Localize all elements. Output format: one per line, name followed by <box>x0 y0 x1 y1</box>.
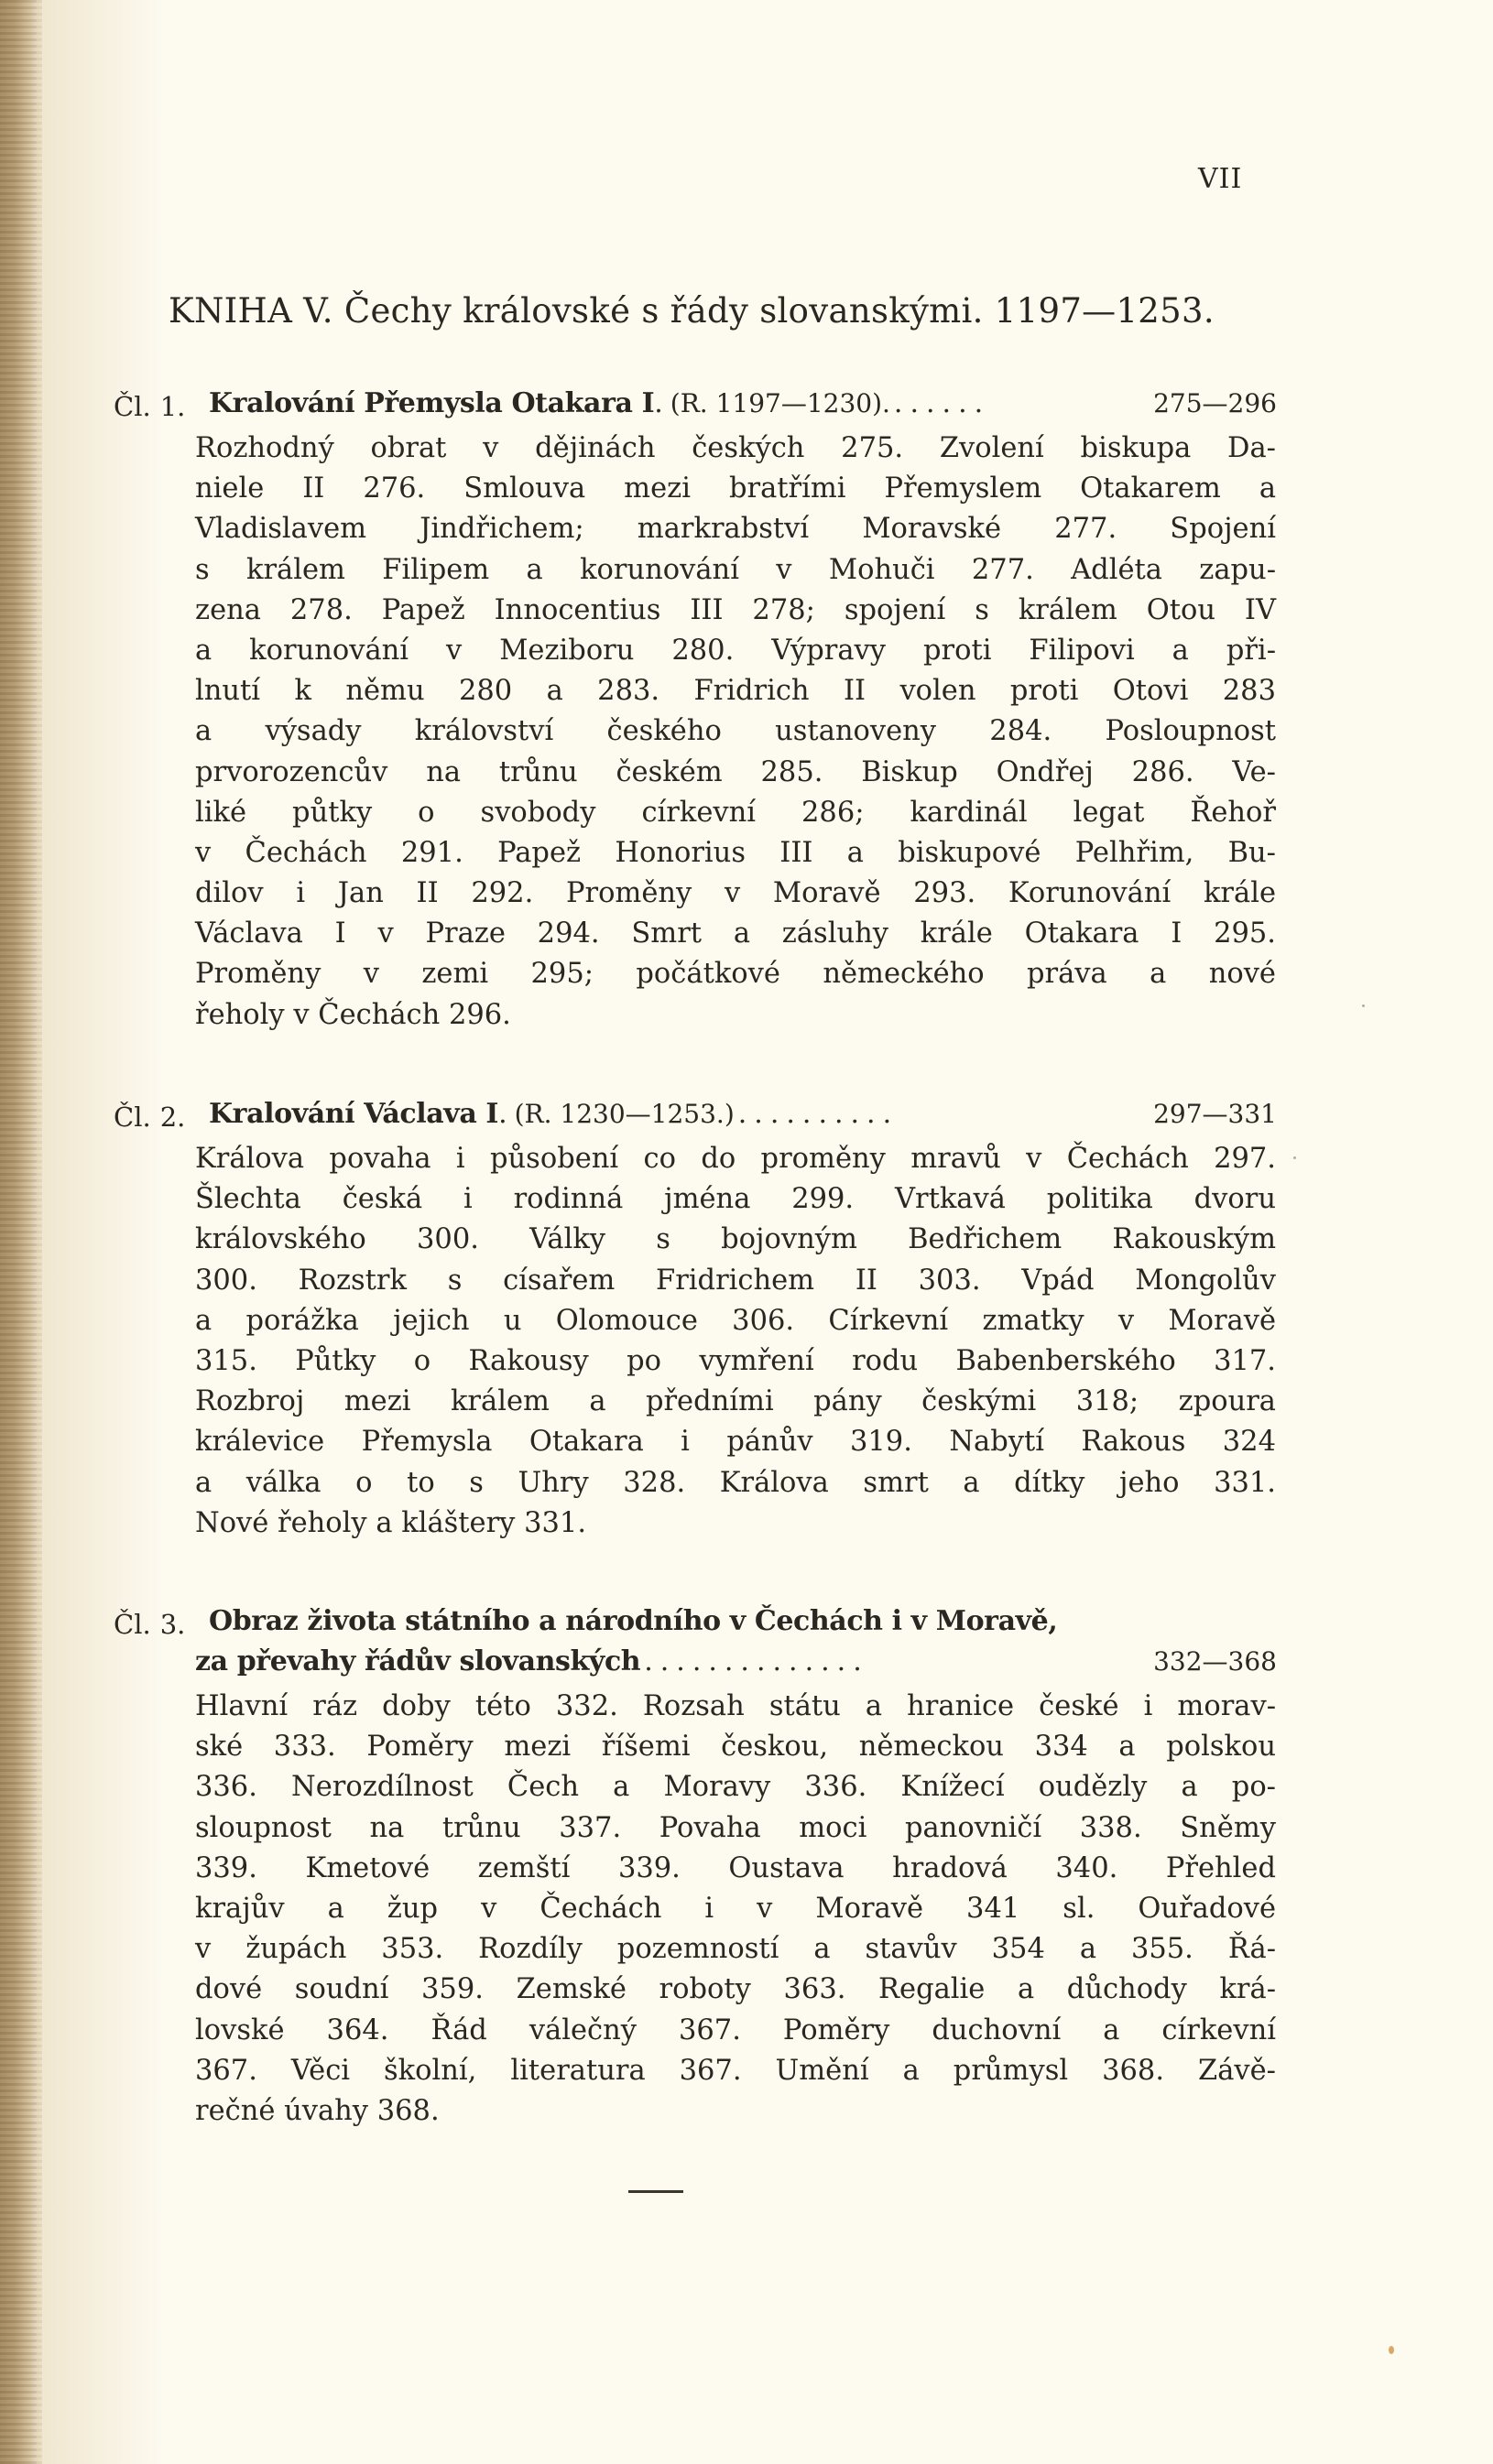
chapter-summary: Hlavní ráz doby této 332. Rozsah státu a… <box>195 1687 1276 2132</box>
summary-line: lnutí k němu 280 a 283. Fridrich II vole… <box>195 671 1276 711</box>
chapter-number: 1. <box>160 391 186 422</box>
summary-line: Proměny v zemi 295; počátkové německého … <box>195 954 1276 994</box>
summary-line: 336. Nerozdílnost Čech a Moravy 336. Kní… <box>195 1767 1276 1807</box>
chapter-label: Čl.3. <box>114 1609 185 1640</box>
summary-line: Rozbroj mezi králem a předními pány česk… <box>195 1382 1276 1422</box>
summary-line: dilov i Jan II 292. Proměny v Moravě 293… <box>195 874 1276 914</box>
summary-line: lovské 364. Řád válečný 367. Poměry duch… <box>195 2011 1276 2051</box>
dot-leader: ...... <box>894 387 1150 419</box>
section-end-rule <box>628 2190 683 2193</box>
chapter-label: Čl.2. <box>114 1102 185 1133</box>
summary-line: rečné úvahy 368. <box>195 2091 1276 2132</box>
paper-speck <box>1293 1156 1296 1159</box>
chapter-label: Čl.1. <box>114 391 185 422</box>
chapter-heading[interactable]: Obraz života státního a národního v Čech… <box>209 1605 1277 1645</box>
paper-blemish <box>1389 2346 1394 2354</box>
paper-speck <box>1362 1004 1365 1007</box>
summary-line: zena 278. Papež Innocentius III 278; spo… <box>195 591 1276 631</box>
summary-line: Vladislavem Jindřichem; markrabství Mora… <box>195 509 1276 549</box>
summary-line: 339. Kmetové zemští 339. Oustava hradová… <box>195 1849 1276 1889</box>
summary-line: s králem Filipem a korunování v Mohuči 2… <box>195 550 1276 591</box>
chapter-heading-title: Kralování Václava I <box>209 1098 498 1130</box>
summary-line: a porážka jejich u Olomouce 306. Církevn… <box>195 1301 1276 1341</box>
chapter-heading-reign: (R. 1197—1230). <box>670 388 890 418</box>
summary-line: 315. Půtky o Rakousy po vymření rodu Bab… <box>195 1341 1276 1382</box>
summary-line: prvorozencův na trůnu českém 285. Biskup… <box>195 753 1276 793</box>
chapter-summary: Králova povaha i působení co do proměny … <box>195 1139 1276 1544</box>
page-range[interactable]: 275—296 <box>1153 388 1277 418</box>
chapter-number: 2. <box>160 1102 186 1133</box>
page-number: VII <box>1198 163 1242 195</box>
chapter-abbrev: Čl. <box>114 391 151 422</box>
chapter-number: 3. <box>160 1609 186 1640</box>
summary-line: krajův a žup v Čechách i v Moravě 341 sl… <box>195 1889 1276 1929</box>
page-edge-shadow <box>37 0 165 2464</box>
summary-line: niele II 276. Smlouva mezi bratřími Přem… <box>195 469 1276 509</box>
summary-line: 300. Rozstrk s císařem Fridrichem II 303… <box>195 1261 1276 1301</box>
summary-line: Václava I v Praze 294. Smrt a zásluhy kr… <box>195 914 1276 954</box>
page-range[interactable]: 332—368 <box>1153 1646 1277 1677</box>
summary-line: Rozhodný obrat v dějinách českých 275. Z… <box>195 429 1276 469</box>
summary-line: sloupnost na trůnu 337. Povaha moci pano… <box>195 1808 1276 1849</box>
chapter-heading-continuation[interactable]: za převahy řádův slovanských ...........… <box>195 1645 1277 1686</box>
summary-line: ské 333. Poměry mezi říšemi českou, něme… <box>195 1727 1276 1767</box>
chapter-abbrev: Čl. <box>114 1609 151 1640</box>
summary-line: Hlavní ráz doby této 332. Rozsah státu a… <box>195 1687 1276 1727</box>
summary-line: a korunování v Meziboru 280. Výpravy pro… <box>195 631 1276 671</box>
summary-line: liké půtky o svobody církevní 286; kardi… <box>195 793 1276 833</box>
summary-line: Šlechta česká i rodinná jména 299. Vrtka… <box>195 1179 1276 1220</box>
summary-line: Králova povaha i působení co do proměny … <box>195 1139 1276 1179</box>
summary-line: řeholy v Čechách 296. <box>195 995 1276 1036</box>
summary-line: 367. Věci školní, literatura 367. Umění … <box>195 2051 1276 2091</box>
summary-line: králevice Přemysla Otakara i pánův 319. … <box>195 1422 1276 1462</box>
summary-line: v Čechách 291. Papež Honorius III a bisk… <box>195 833 1276 874</box>
chapter-heading-title: Obraz života státního a národního v Čech… <box>209 1605 1057 1637</box>
summary-line: a válka o to s Uhry 328. Králova smrt a … <box>195 1463 1276 1503</box>
book-title: KNIHA V. Čechy královské s řády slovansk… <box>169 291 1295 331</box>
summary-line: královského 300. Války s bojovným Bedřic… <box>195 1220 1276 1260</box>
chapter-summary: Rozhodný obrat v dějinách českých 275. Z… <box>195 429 1276 1036</box>
chapter-heading-title-suffix: . <box>498 1098 507 1130</box>
chapter-heading-title: za převahy řádův slovanských <box>195 1645 640 1677</box>
chapter-abbrev: Čl. <box>114 1102 151 1133</box>
chapter-heading-title-suffix: . <box>654 387 663 419</box>
dot-leader: .............. <box>644 1645 1150 1677</box>
summary-line: a výsady království českého ustanoveny 2… <box>195 711 1276 752</box>
page-range[interactable]: 297—331 <box>1153 1099 1277 1129</box>
chapter-heading[interactable]: Kralování Václava I. (R. 1230—1253.) ...… <box>209 1098 1277 1138</box>
chapter-heading[interactable]: Kralování Přemysla Otakara I. (R. 1197—1… <box>209 387 1277 428</box>
summary-line: v župách 353. Rozdíly pozemností a stavů… <box>195 1929 1276 1970</box>
chapter-heading-title: Kralování Přemysla Otakara I <box>209 387 654 419</box>
summary-line: Nové řeholy a kláštery 331. <box>195 1503 1276 1544</box>
dot-leader: .......... <box>738 1098 1150 1130</box>
chapter-heading-reign: (R. 1230—1253.) <box>515 1099 735 1129</box>
summary-line: dové soudní 359. Zemské roboty 363. Rega… <box>195 1970 1276 2010</box>
